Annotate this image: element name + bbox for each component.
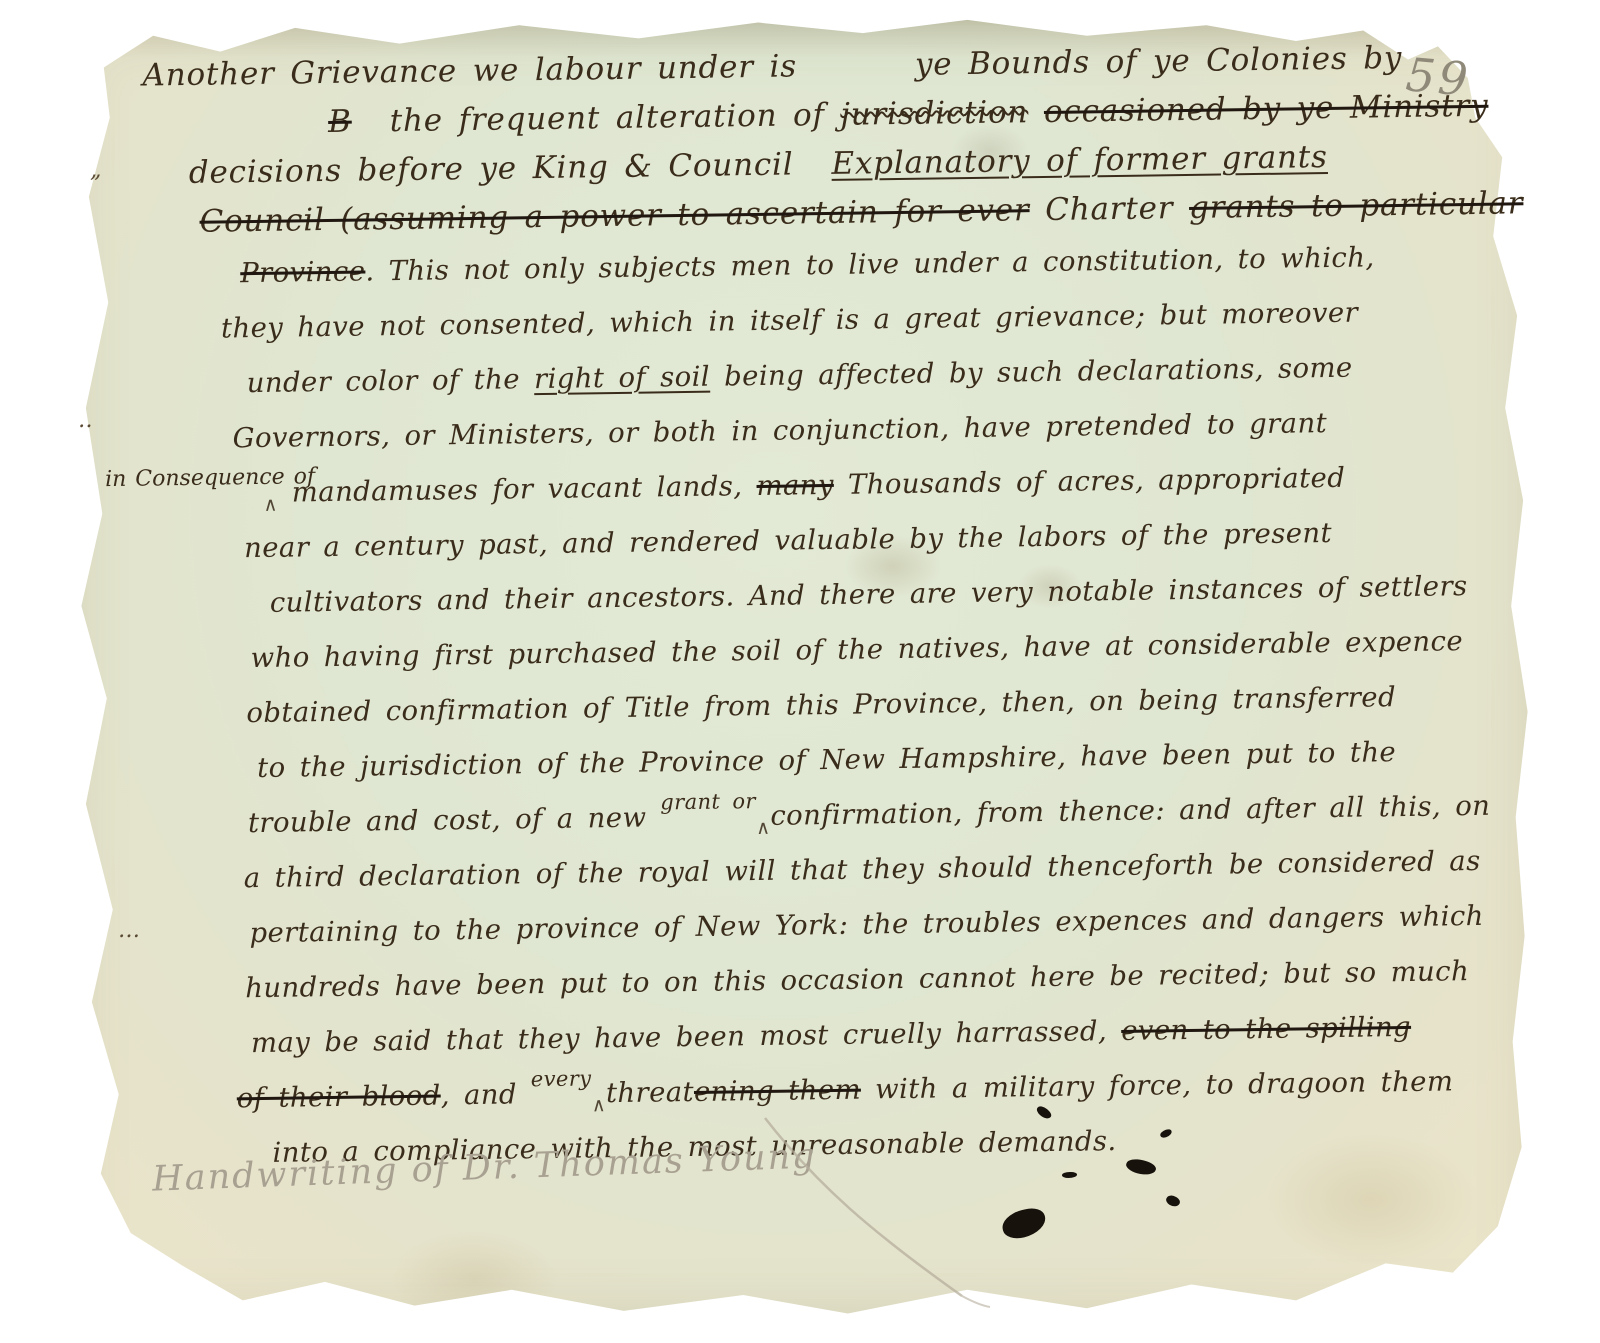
text-run: may be said that they have been most cru… — [251, 1015, 1122, 1059]
text-run: B — [328, 104, 352, 140]
text-run: pertaining to the province of New York: … — [249, 900, 1484, 949]
text-run: being affected by such declarations, som… — [710, 352, 1353, 393]
text-run: to the jurisdiction of the Province of N… — [257, 736, 1396, 784]
text-run: obtained confirmation of Title from this… — [246, 681, 1396, 729]
text-run — [352, 131, 390, 132]
text-run: who having first purchased the soil of t… — [250, 625, 1463, 674]
text-run — [797, 75, 915, 77]
text-run: of their blood — [237, 1079, 441, 1114]
text-run: threat — [606, 1076, 694, 1109]
text-run: the frequent alteration of — [390, 97, 841, 139]
text-run: grants to particular — [1189, 185, 1524, 226]
text-run: trouble and cost, of a new — [248, 801, 661, 839]
text-run: Charter — [1029, 190, 1189, 228]
text-run: many — [756, 469, 834, 502]
text-run: Province — [240, 255, 366, 289]
text-run: hundreds have been put to on this occasi… — [245, 955, 1469, 1004]
text-run: even to the spilling — [1121, 1011, 1411, 1047]
interlinear-insertion: every — [531, 1066, 592, 1091]
text-run: ye Bounds of ye Colonies by — [915, 40, 1403, 83]
text-run: Another Grievance we labour under is — [142, 48, 797, 93]
page-number: 59 — [1404, 47, 1473, 106]
text-run — [794, 174, 832, 175]
text-run: decisions before ye King & Council — [189, 146, 794, 190]
scanned-manuscript-page: { "page": { "number": "59", "bottom_anno… — [0, 0, 1600, 1343]
text-run: they have not consented, which in itself… — [221, 297, 1358, 345]
text-run: Council (assuming a power to ascertain f… — [199, 192, 1030, 240]
text-run: a third declaration of the royal will th… — [243, 845, 1480, 894]
interlinear-insertion: grant or — [660, 789, 756, 814]
text-run: , and — [440, 1078, 531, 1111]
text-run: Explanatory of former grants — [831, 139, 1328, 182]
text-run: near a century past, and rendered valuab… — [244, 517, 1332, 564]
manuscript-body: Another Grievance we labour under isye B… — [142, 33, 1518, 1183]
text-run: . This not only subjects men to live und… — [365, 241, 1375, 287]
text-run: Thousands of acres, appropriated — [834, 462, 1346, 501]
text-run: confirmation, from thence: and after all… — [770, 790, 1490, 832]
margin-mark: … — [118, 918, 140, 943]
text-run: right of soil — [534, 361, 710, 395]
text-run: under color of the — [247, 363, 535, 399]
margin-insertion: in Consequence of — [105, 449, 316, 507]
text-run: with a military force, to dragoon them — [861, 1065, 1454, 1105]
margin-mark: „ — [90, 158, 101, 183]
margin-mark: ‥ — [78, 408, 93, 433]
text-run: Governors, or Ministers, or both in conj… — [232, 407, 1327, 454]
text-run: ening them — [694, 1074, 861, 1108]
text-run — [1028, 94, 1044, 130]
text-run: cultivators and their ancestors. And the… — [270, 570, 1468, 619]
text-run: mandamuses for vacant lands, — [277, 470, 756, 509]
text-run: jurisdiction — [840, 94, 1028, 133]
